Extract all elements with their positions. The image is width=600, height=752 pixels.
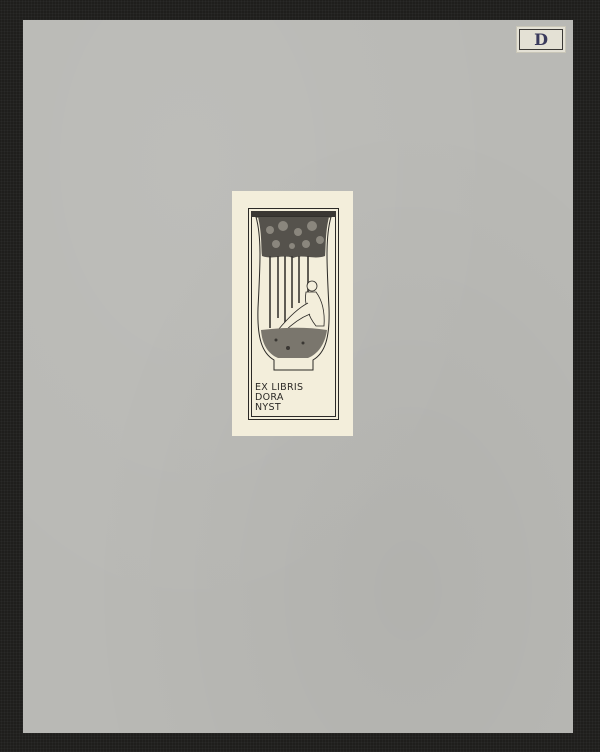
corner-label-text: D	[519, 29, 563, 50]
inscription-line-3: NYST	[255, 403, 335, 413]
bookplate-inscription: EX LIBRIS DORA NYST	[255, 383, 335, 413]
mounting-paper: D	[23, 20, 573, 733]
bookplate: EX LIBRIS DORA NYST	[232, 191, 353, 436]
bookplate-illustration-icon	[248, 208, 339, 378]
corner-label: D	[516, 26, 566, 53]
